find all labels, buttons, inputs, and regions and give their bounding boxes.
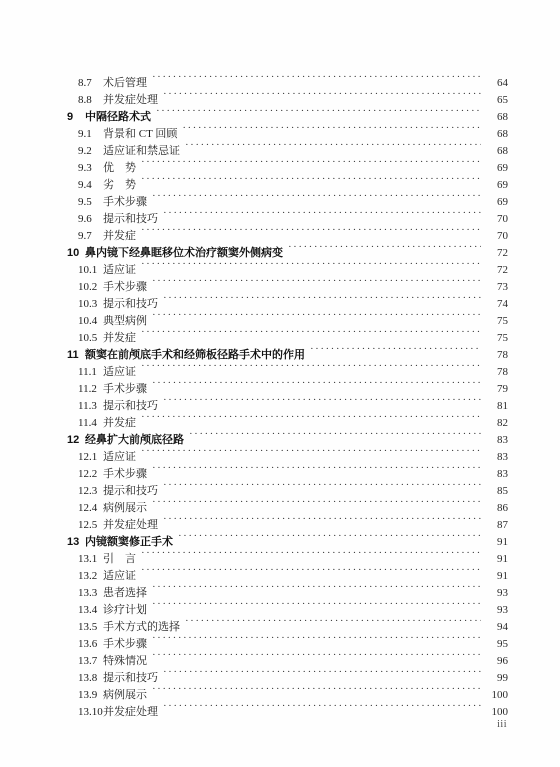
toc-entry-number: 9.5 (78, 194, 103, 211)
toc-entry-title: 病例展示 (103, 500, 147, 517)
toc-entry-page: 83 (486, 449, 508, 466)
toc-entry-page: 69 (486, 194, 508, 211)
toc-entry-title: 术后管理 (103, 75, 147, 92)
toc-entry-number: 8.7 (78, 75, 103, 92)
dot-leader (141, 256, 481, 273)
dot-leader (310, 341, 481, 358)
toc-entry-title: 优 势 (103, 160, 136, 177)
dot-leader (152, 596, 481, 613)
dot-leader (185, 137, 481, 154)
toc-entry-page: 74 (486, 296, 508, 313)
toc-entry-number: 13.5 (78, 619, 103, 636)
toc-entry-page: 87 (486, 517, 508, 534)
dot-leader (141, 358, 481, 375)
toc-entry-page: 78 (486, 347, 508, 364)
toc-entry-page: 83 (486, 432, 508, 449)
toc-entry-number: 10.1 (78, 262, 103, 279)
dot-leader (152, 375, 481, 392)
toc-entry-number: 9.1 (78, 126, 103, 143)
dot-leader (141, 409, 481, 426)
toc-entry-page: 82 (486, 415, 508, 432)
toc-entry-number: 9.2 (78, 143, 103, 160)
toc-entry-title: 中隔径路术式 (85, 109, 151, 126)
toc-entry-number: 10 (67, 245, 85, 262)
toc-entry-number: 10.2 (78, 279, 103, 296)
dot-leader (152, 630, 481, 647)
dot-leader (163, 477, 481, 494)
toc-entry-title: 并发症 (103, 415, 136, 432)
toc-entry-title: 适应证 (103, 449, 136, 466)
dot-leader (189, 426, 481, 443)
toc-entry-page: 95 (486, 636, 508, 653)
toc-entry-title: 并发症处理 (103, 517, 158, 534)
dot-leader (152, 494, 481, 511)
toc-entry-title: 手术步骤 (103, 466, 147, 483)
dot-leader (156, 103, 481, 120)
toc-entry-page: 69 (486, 177, 508, 194)
toc-entry-number: 12.1 (78, 449, 103, 466)
toc-entry-page: 70 (486, 228, 508, 245)
toc-entry-title: 患者选择 (103, 585, 147, 602)
toc-entry-number: 9.7 (78, 228, 103, 245)
toc-entry-number: 12.2 (78, 466, 103, 483)
toc-entry-page: 85 (486, 483, 508, 500)
toc-entry-number: 10.5 (78, 330, 103, 347)
toc-entry-number: 11 (67, 347, 85, 364)
toc-entry-title: 手术步骤 (103, 279, 147, 296)
toc-entry-number: 13.9 (78, 687, 103, 704)
toc-entry-page: 69 (486, 160, 508, 177)
toc-entry-title: 劣 势 (103, 177, 136, 194)
dot-leader (163, 86, 481, 103)
toc-entry-page: 93 (486, 585, 508, 602)
toc-entry-page: 68 (486, 109, 508, 126)
toc-entry-number: 13.1 (78, 551, 103, 568)
toc-entry-number: 12.5 (78, 517, 103, 534)
toc-entry-title: 提示和技巧 (103, 483, 158, 500)
dot-leader (182, 120, 481, 137)
dot-leader (163, 511, 481, 528)
toc-entry: 8.7 术后管理 64 (67, 69, 508, 86)
dot-leader (152, 69, 481, 86)
book-page: 8.7 术后管理 64 8.8 并发症处理 65 9 中隔径路术式 68 9.1… (0, 0, 560, 767)
toc-entry-page: 79 (486, 381, 508, 398)
toc-entry-title: 并发症处理 (103, 92, 158, 109)
dot-leader (141, 545, 481, 562)
toc-entry-page: 78 (486, 364, 508, 381)
toc-entry-number: 8.8 (78, 92, 103, 109)
toc-entry-page: 83 (486, 466, 508, 483)
toc-entry-number: 10.4 (78, 313, 103, 330)
toc-entry-page: 64 (486, 75, 508, 92)
dot-leader (152, 579, 481, 596)
toc-entry-title: 诊疗计划 (103, 602, 147, 619)
dot-leader (152, 307, 481, 324)
toc-entry-title: 病例展示 (103, 687, 147, 704)
toc-entry-page: 75 (486, 313, 508, 330)
toc-entry-number: 13.10 (78, 704, 103, 721)
toc-entry-number: 13.7 (78, 653, 103, 670)
dot-leader (163, 290, 481, 307)
toc-entry-title: 手术步骤 (103, 636, 147, 653)
toc-entry-number: 11.2 (78, 381, 103, 398)
dot-leader (141, 562, 481, 579)
toc-entry-number: 11.4 (78, 415, 103, 432)
dot-leader (141, 324, 481, 341)
dot-leader (141, 443, 481, 460)
toc-entry-page: 72 (486, 262, 508, 279)
dot-leader (163, 392, 481, 409)
toc-entry-title: 并发症 (103, 228, 136, 245)
toc-entry-page: 81 (486, 398, 508, 415)
toc-entry-number: 13.3 (78, 585, 103, 602)
toc-entry-title: 手术步骤 (103, 194, 147, 211)
toc-entry-number: 12 (67, 432, 85, 449)
toc-entry-page: 96 (486, 653, 508, 670)
dot-leader (163, 664, 481, 681)
toc-entry-page: 94 (486, 619, 508, 636)
toc-entry-page: 68 (486, 126, 508, 143)
toc-entry-number: 13.6 (78, 636, 103, 653)
toc-entry-number: 9.3 (78, 160, 103, 177)
toc-entry-number: 9.4 (78, 177, 103, 194)
toc-entry-title: 背景和 CT 回顾 (103, 126, 177, 143)
toc-entry-page: 91 (486, 534, 508, 551)
toc-entry-page: 70 (486, 211, 508, 228)
toc-entry-title: 手术步骤 (103, 381, 147, 398)
toc-entry-page: 91 (486, 568, 508, 585)
toc-entry-page: 93 (486, 602, 508, 619)
dot-leader (185, 613, 481, 630)
toc-entry-number: 13 (67, 534, 85, 551)
page-number-footer: iii (497, 719, 507, 730)
toc-entry-title: 适应证 (103, 568, 136, 585)
toc-entry-number: 9.6 (78, 211, 103, 228)
toc-entry-number: 12.3 (78, 483, 103, 500)
toc-entry-title: 提示和技巧 (103, 670, 158, 687)
toc-entry-title: 适应证 (103, 364, 136, 381)
toc-entry-number: 13.8 (78, 670, 103, 687)
toc-entry-page: 100 (486, 687, 508, 704)
toc-entry-page: 65 (486, 92, 508, 109)
toc-entry-title: 并发症处理 (103, 704, 158, 721)
toc-entry-number: 9 (67, 109, 85, 126)
toc-entry-title: 引 言 (103, 551, 136, 568)
dot-leader (163, 205, 481, 222)
toc-entry-page: 73 (486, 279, 508, 296)
dot-leader (152, 188, 481, 205)
toc-entry-number: 11.1 (78, 364, 103, 381)
toc-list: 8.7 术后管理 64 8.8 并发症处理 65 9 中隔径路术式 68 9.1… (67, 69, 508, 715)
dot-leader (152, 647, 481, 664)
dot-leader (152, 273, 481, 290)
dot-leader (163, 698, 481, 715)
toc-entry-page: 72 (486, 245, 508, 262)
toc-entry-number: 12.4 (78, 500, 103, 517)
toc-entry-title: 提示和技巧 (103, 296, 158, 313)
toc-entry-page: 91 (486, 551, 508, 568)
toc-entry-number: 11.3 (78, 398, 103, 415)
dot-leader (141, 154, 481, 171)
toc-entry-page: 86 (486, 500, 508, 517)
toc-entry-title: 并发症 (103, 330, 136, 347)
toc-entry-page: 68 (486, 143, 508, 160)
dot-leader (152, 681, 481, 698)
toc-entry-number: 13.2 (78, 568, 103, 585)
dot-leader (288, 239, 481, 256)
toc-entry-page: 75 (486, 330, 508, 347)
toc-entry-page: 99 (486, 670, 508, 687)
dot-leader (152, 460, 481, 477)
toc-entry-number: 13.4 (78, 602, 103, 619)
toc-entry-title: 特殊情况 (103, 653, 147, 670)
dot-leader (141, 222, 481, 239)
dot-leader (141, 171, 481, 188)
toc-entry-number: 10.3 (78, 296, 103, 313)
dot-leader (178, 528, 481, 545)
toc-entry-title: 适应证 (103, 262, 136, 279)
